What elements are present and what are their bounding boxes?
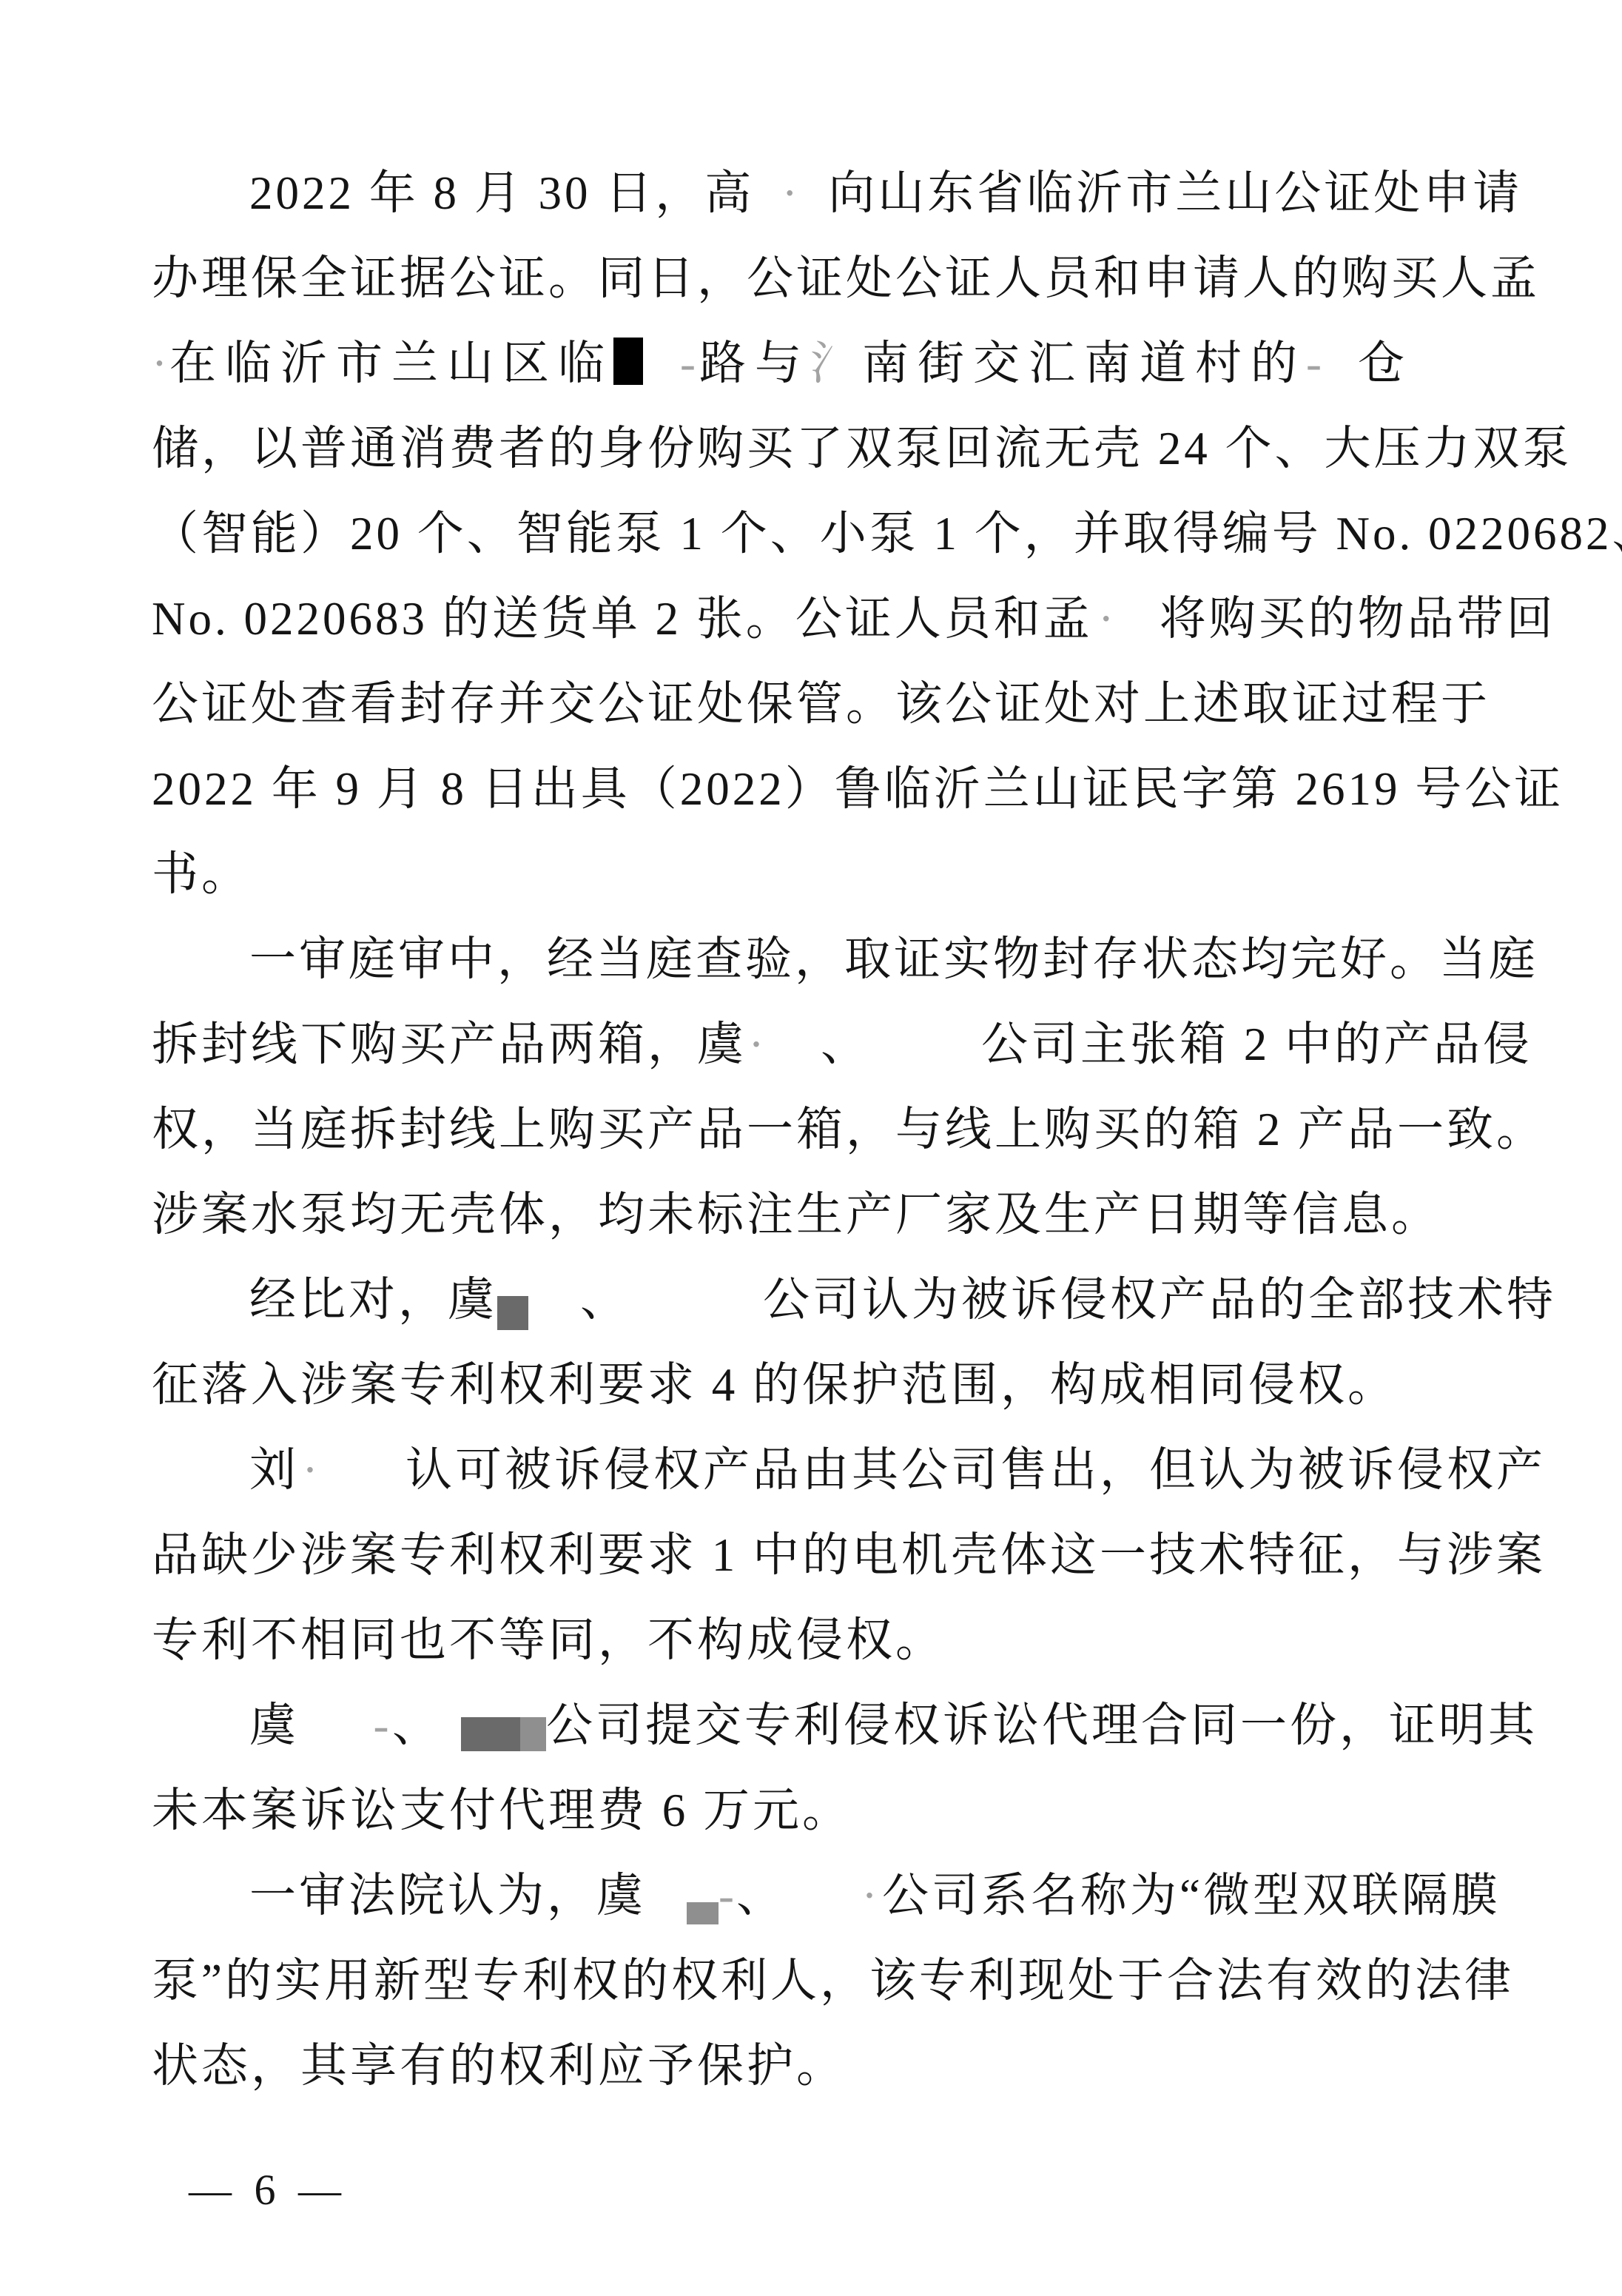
text-segment: 公司提交专利侵权诉讼代理合同一份，证明其	[546, 1699, 1538, 1751]
text-segment: 一审庭审中，经当庭查验，取证实物封存状态均完好。当庭	[249, 933, 1538, 985]
text-segment: 2022 年 9 月 8 日出具（2022）鲁临沂兰山证民字第 2619 号公证	[152, 763, 1564, 815]
text-segment: 权，当庭拆封线上购买产品一箱，与线上购买的箱 2 产品一致。	[152, 1104, 1546, 1155]
document-page: 2022 年 8 月 30 日，高·向山东省临沂市兰山公证处申请办理保全证据公证…	[0, 0, 1622, 2296]
text-line: 权，当庭拆封线上购买产品一箱，与线上购买的箱 2 产品一致。	[152, 1087, 1543, 1172]
blur-remnant: ·	[754, 151, 828, 236]
text-segment: 未本案诉讼支付代理费 6 万元。	[152, 1785, 852, 1836]
text-line: 一审法院认为，虞 -、·公司系名称为“微型双联隔膜	[152, 1853, 1543, 1938]
document-body: 2022 年 8 月 30 日，高·向山东省临沂市兰山公证处申请办理保全证据公证…	[152, 151, 1543, 2109]
text-line: 一审庭审中，经当庭查验，取证实物封存状态均完好。当庭	[152, 917, 1543, 1002]
blur-remnant: -	[680, 321, 699, 406]
text-line: 公证处查看封存并交公证处保管。该公证处对上述取证过程于	[152, 662, 1543, 747]
text-segment: 仓	[1358, 338, 1413, 389]
text-segment: 路与	[699, 338, 810, 389]
text-segment: 南街交汇南道村的	[862, 338, 1306, 389]
text-segment: 泵”的实用新型专利权的权利人，该专利现处于合法有效的法律	[152, 1955, 1514, 2007]
text-segment: 一审法院认为，虞	[249, 1870, 646, 1921]
text-segment: 办理保全证据公证。同日，公证处公证人员和申请人的购买人孟	[152, 252, 1540, 304]
text-segment: 涉案水泵均无壳体，均未标注生产厂家及生产日期等信息。	[152, 1189, 1441, 1241]
text-line: 品缺少涉案专利权利要求 1 中的电机壳体这一技术特征，与涉案	[152, 1513, 1543, 1598]
blur-remnant: ·	[152, 321, 169, 406]
text-segment: 经比对，虞	[249, 1274, 497, 1326]
redaction-box	[613, 338, 643, 385]
text-segment: 将购买的物品带回	[1160, 593, 1556, 645]
blur-remnant: ·	[747, 1002, 769, 1087]
text-segment: 专利不相同也不等同，不构成侵权。	[152, 1614, 945, 1666]
blur-remnant: -	[719, 1853, 736, 1938]
text-line: 经比对，虞 、公司认为被诉侵权产品的全部技术特	[152, 1258, 1543, 1343]
text-segment: 、	[580, 1274, 630, 1326]
page-number: — 6 —	[189, 2165, 347, 2215]
redaction-box	[687, 1902, 719, 1924]
text-segment: 2022 年 8 月 30 日，高	[249, 167, 754, 219]
redaction-box	[461, 1717, 520, 1751]
blur-remnant: -	[1306, 321, 1328, 406]
text-segment: 征落入涉案专利权利要求 4 的保护范围，构成相同侵权。	[152, 1359, 1397, 1411]
blur-remnant: 氵	[810, 321, 835, 406]
text-line: 虞-、 公司提交专利侵权诉讼代理合同一份，证明其	[152, 1683, 1543, 1768]
text-line: 未本案诉讼支付代理费 6 万元。	[152, 1768, 1543, 1853]
text-line: 储，以普通消费者的身份购买了双泵回流无壳 24 个、大压力双泵	[152, 406, 1543, 491]
text-segment: 向山东省临沂市兰山公证处申请	[828, 167, 1522, 219]
text-line: 拆封线下购买产品两箱，虞·、公司主张箱 2 中的产品侵	[152, 1002, 1543, 1087]
blur-remnant: ·	[1093, 577, 1123, 662]
text-line: 征落入涉案专利权利要求 4 的保护范围，构成相同侵权。	[152, 1343, 1543, 1428]
blur-remnant: ·	[299, 1428, 324, 1513]
text-line: 刘·认可被诉侵权产品由其公司售出，但认为被诉侵权产	[152, 1428, 1543, 1513]
text-segment: 品缺少涉案专利权利要求 1 中的电机壳体这一技术特征，与涉案	[152, 1529, 1546, 1581]
text-line: 状态，其享有的权利应予保护。	[152, 2024, 1543, 2109]
text-segment: 拆封线下购买产品两箱，虞	[152, 1018, 747, 1070]
text-segment: 状态，其享有的权利应予保护。	[152, 2040, 846, 2092]
text-segment: No. 0220683 的送货单 2 张。公证人员和孟	[152, 593, 1093, 645]
text-segment: 公证处查看封存并交公证处保管。该公证处对上述取证过程于	[152, 678, 1490, 730]
text-line: （智能）20 个、智能泵 1 个、小泵 1 个，并取得编号 No. 022068…	[152, 491, 1543, 577]
text-segment: 、	[736, 1870, 786, 1921]
text-line: No. 0220683 的送货单 2 张。公证人员和孟·将购买的物品带回	[152, 577, 1543, 662]
text-line: 书。	[152, 832, 1543, 917]
text-segment: （智能）20 个、智能泵 1 个、小泵 1 个，并取得编号 No. 022068…	[152, 508, 1622, 560]
blur-remnant: ·	[860, 1853, 882, 1938]
text-segment: 认可被诉侵权产品由其公司售出，但认为被诉侵权产	[405, 1444, 1546, 1496]
text-line: ·在临沂市兰山区临 -路与氵南街交汇南道村的-仓	[152, 321, 1543, 406]
text-segment: 公司主张箱 2 中的产品侵	[981, 1018, 1532, 1070]
text-line: 泵”的实用新型专利权的权利人，该专利现处于合法有效的法律	[152, 1938, 1543, 2024]
text-segment: 虞	[249, 1699, 299, 1751]
text-line: 涉案水泵均无壳体，均未标注生产厂家及生产日期等信息。	[152, 1172, 1543, 1258]
text-segment: 书。	[152, 848, 251, 900]
blur-remnant: -	[373, 1683, 392, 1768]
text-line: 专利不相同也不等同，不构成侵权。	[152, 1598, 1543, 1683]
redaction-box	[520, 1717, 546, 1751]
text-line: 2022 年 8 月 30 日，高·向山东省临沂市兰山公证处申请	[152, 151, 1543, 236]
redaction-box	[497, 1296, 528, 1330]
text-line: 2022 年 9 月 8 日出具（2022）鲁临沂兰山证民字第 2619 号公证	[152, 747, 1543, 832]
text-segment: 在临沂市兰山区临	[169, 338, 613, 389]
text-segment: 储，以普通消费者的身份购买了双泵回流无壳 24 个、大压力双泵	[152, 423, 1572, 474]
text-segment: 公司认为被诉侵权产品的全部技术特	[763, 1274, 1556, 1326]
text-segment: 、	[392, 1699, 442, 1751]
text-segment: 、	[821, 1018, 870, 1070]
text-line: 办理保全证据公证。同日，公证处公证人员和申请人的购买人孟	[152, 236, 1543, 321]
text-segment: 公司系名称为“微型双联隔膜	[882, 1870, 1501, 1921]
text-segment: 刘	[249, 1444, 299, 1496]
